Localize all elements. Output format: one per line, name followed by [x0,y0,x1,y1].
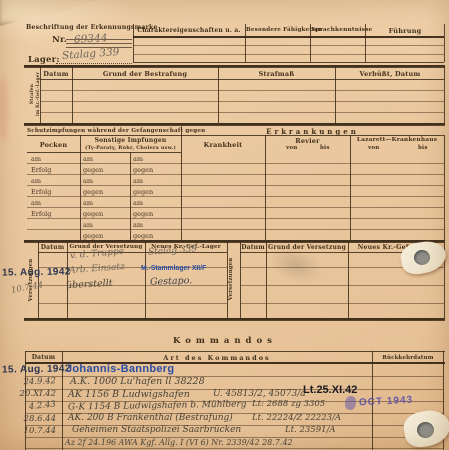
stamp-smudge [344,395,357,411]
table-line [227,242,228,318]
table-line [40,79,444,80]
table-line [27,207,444,208]
col-revier: Revier [266,137,349,145]
marke-label: Beschriftung der Erkennungsmarke [26,24,138,31]
table-line [133,54,444,55]
revier-bis-label: bis [320,145,330,151]
date-stamp: 15. Aug. 1942 [2,363,71,375]
table-line [27,196,444,197]
table-line [444,135,445,240]
table-line [38,252,227,253]
col-sonstige: Sonstige Impfungen [81,137,180,144]
table-line [40,101,444,102]
impf-cell: gegen [83,188,103,196]
vers-col-grund-right: Grund der Versetzung [267,244,347,251]
kommando-ref: U. 45813/2, 45073/a [213,389,306,399]
oct-date-stamp: OCT 1943 [359,395,414,409]
kommando-entry: AK. 200 B Frankenthal (Bestrafung) [68,413,233,423]
torn-corner [0,0,96,26]
impf-cell: am [133,221,143,229]
impfungen-title: Schutzimpfungen während der Gefangenscha… [27,128,181,134]
table-line [240,285,444,286]
impf-cell: am [133,177,143,185]
impf-cell: gegen [83,166,103,174]
impf-cell: gegen [133,166,153,174]
kommando-stamp: Johannis-Bannberg [66,363,174,375]
section-divider [24,320,445,321]
versetzungen-side-label-left: Versetzungen [28,245,38,315]
impf-cell: Erfolg [31,210,51,218]
impf-cell: am [31,177,41,185]
strafen-col-strafmass: Strafmaß [219,70,334,78]
kommando-date: 28.6.44 [6,414,56,424]
table-line [40,112,444,113]
table-line [133,62,444,63]
col-fuehrung: Führung [366,27,444,35]
col-eigenschaften: Charaktereigenschaften u. a. [135,27,243,34]
kommando-entry: Geheimen Staatspolizei Saarbrücken [72,425,241,435]
table-line [348,242,349,318]
hole-opening [417,422,434,438]
table-line [181,135,444,136]
hole-opening [414,250,430,265]
kommando-date: 24.9.42 [6,376,56,388]
section-divider [24,67,445,68]
impf-cell: gegen [133,210,153,218]
table-line [444,67,445,123]
lazarett-von-label: von [368,145,379,151]
table-line [27,218,444,219]
kommando-ref: Lt: 2688 zg 3305 [252,399,325,409]
col-sonstige-sub: (Ty-Paraty, Ruhr, Cholera usw.) [81,145,180,151]
col-krankheit: Krankheit [182,141,264,149]
impf-cell: Erfolg [31,166,51,174]
kommando-date: 10.7.44 [6,426,56,436]
section-divider [24,242,445,243]
transfer-reason: Arb. Einsatz [69,262,125,276]
versetzungen-side-label-right: Versetzungen [228,244,238,314]
red-ink-tint [0,76,8,142]
impf-cell: am [133,199,143,207]
impf-cell: am [83,199,93,207]
lazarett-bis-label: bis [418,145,428,151]
kommandos-title: Kommandos [120,336,330,346]
table-line [265,135,266,240]
col-faehigkeiten: Besondere Fähigkeiten [246,27,309,33]
kommandos-col-art: Art des Kommandos [64,354,370,362]
table-line [27,163,444,164]
col-sprachen: Sprachkenntnisse [311,27,364,33]
table-line [133,45,444,46]
table-line [27,152,181,153]
kommando-date: 20.XI.42 [6,389,56,399]
table-line [350,135,351,240]
new-camp: Stalag 339 [148,244,198,257]
nr-label: Nr. [52,35,67,45]
kommando-entry: Az 2f 24.196 AWA Kgf. Allg. I (VI 6) Nr.… [65,438,293,447]
kommandos-col-datum: Datum [25,354,62,361]
table-line [266,242,267,318]
table-line [27,229,444,230]
table-line [133,24,134,62]
col-lazarett: Lazarett—Krankenhaus [350,137,444,143]
kommando-ref: Lt. 23591/A [285,425,336,435]
strafen-col-datum: Datum [40,70,72,78]
table-line [27,135,181,136]
impf-cell: gegen [83,232,103,240]
table-line [80,135,81,240]
date-stamp: 15. Aug. 1942 [2,266,71,278]
stammlager-stamp: M.-Stammlager XII/F [141,263,206,272]
kommando-entry: G-K 1154 B Ludwigshafen b. Mühlberg [68,399,247,412]
new-camp: Gestapo. [150,275,193,287]
impf-cell: gegen [133,232,153,240]
revier-von-label: von [286,145,297,151]
impf-cell: gegen [83,210,103,218]
impf-cell: am [133,155,143,163]
transfer-reason: überstellt [66,278,113,291]
impf-cell: am [83,221,93,229]
kommando-entry: AK 1156 B Ludwigshafen [68,389,190,400]
impf-cell: am [83,155,93,163]
pow-record-card: Beschriftung der Erkennungsmarke Nr. 693… [0,0,449,450]
impf-cell: gegen [133,188,153,196]
vers-col-datum-left: Datum [38,244,67,251]
table-line [25,351,445,352]
impf-cell: am [31,199,41,207]
punch-hole [401,242,446,273]
col-pocken: Pocken [28,141,79,149]
table-line [240,303,444,304]
table-line [444,24,445,62]
tag-number-value: 69344 [74,32,108,46]
table-line [40,90,444,91]
section-divider [24,125,445,126]
table-line [38,303,227,304]
impf-cell: Erfolg [31,188,51,196]
impf-cell: am [31,155,41,163]
impf-cell: am [83,177,93,185]
vers-col-datum-right: Datum [240,244,266,251]
kommando-ref: Lt. 22224/Z 22223/A [252,413,341,423]
strafen-col-verbuesst: Verbüßt, Datum [336,70,444,78]
table-line [133,36,444,38]
kommando-entry: A.K. 1000 Lu'hafen ll 38228 [70,376,205,387]
table-line [145,242,146,318]
table-line [240,242,241,318]
lt-date-stamp: Lt.25.XI.42 [303,384,357,396]
table-line [27,174,444,175]
table-line [27,185,444,186]
kommandos-col-rueckkehr: Rückkehrdatum [373,355,443,361]
strafen-col-grund: Grund der Bestrafung [73,70,217,78]
punch-hole [404,411,449,446]
table-line [25,448,443,449]
